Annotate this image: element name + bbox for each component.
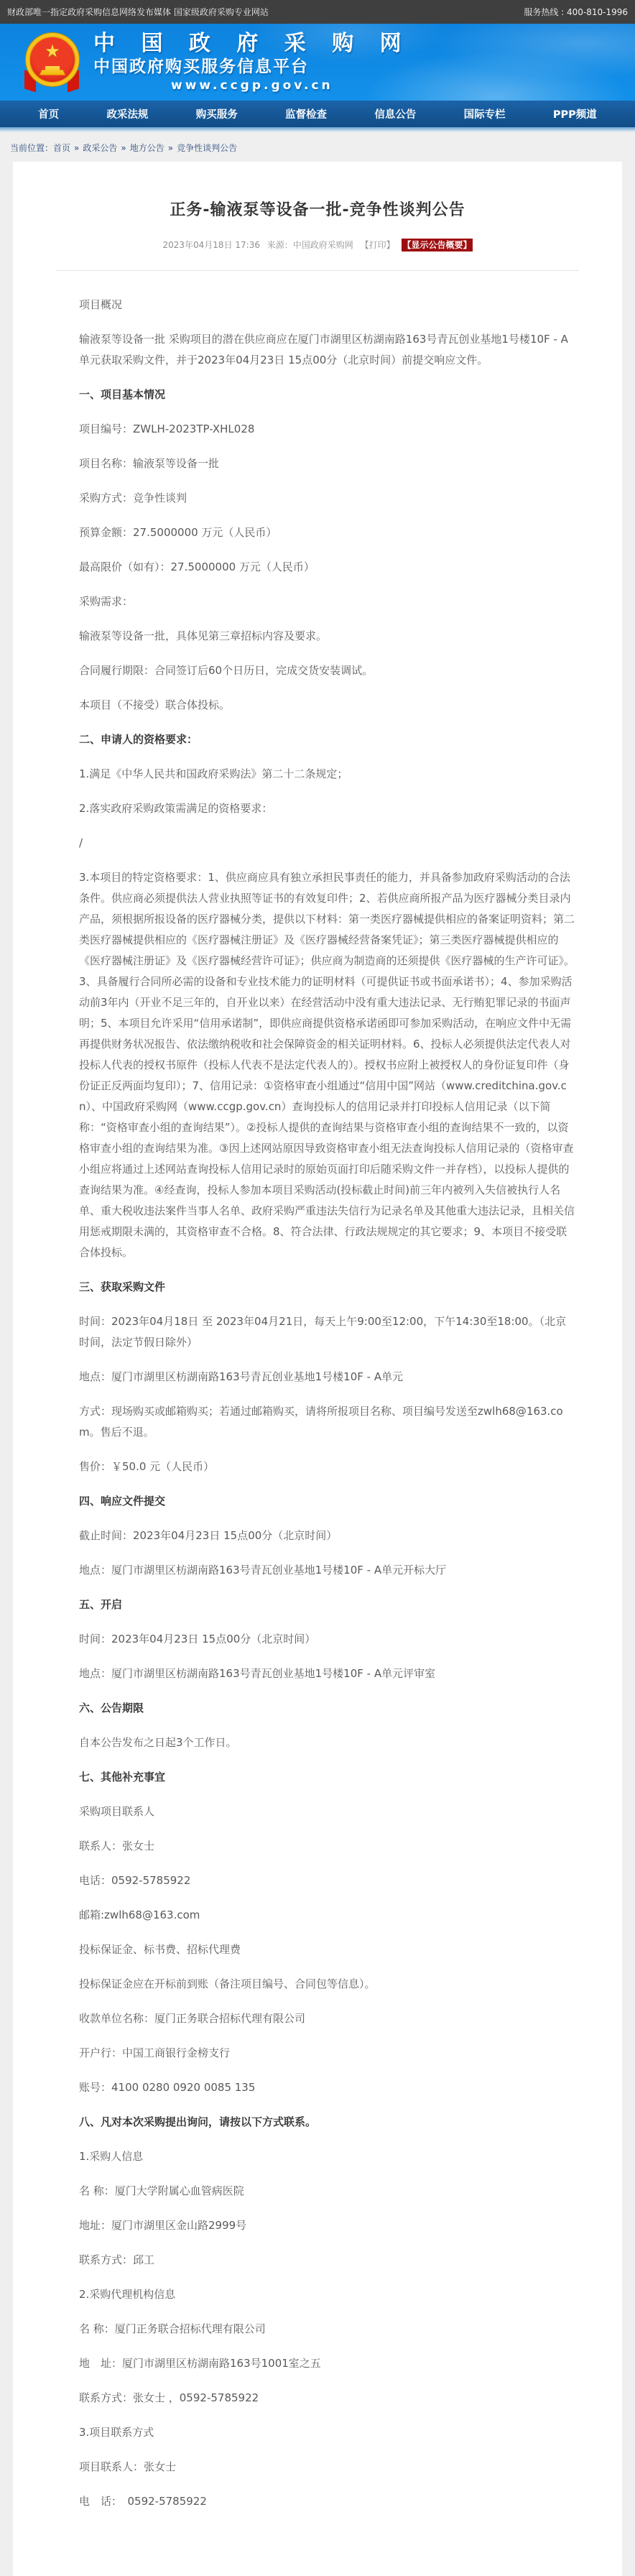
article-section-heading: 一、项目基本情况 [79, 384, 575, 405]
article-paragraph: 输液泵等设备一批，具体见第三章招标内容及要求。 [79, 626, 575, 647]
breadcrumb-label: 当前位置： [10, 143, 53, 153]
publish-datetime: 2023年04月18日 17:36 [162, 240, 259, 250]
article-section-heading: 三、获取采购文件 [79, 1277, 575, 1298]
article-paragraph: 地点：厦门市湖里区枋湖南路163号青瓦创业基地1号楼10F - A单元 [79, 1367, 575, 1388]
source-label: 来源：中国政府采购网 [267, 240, 353, 250]
article-paragraph: 名 称：厦门大学附属心血管病医院 [79, 2181, 575, 2202]
top-bar-slogan: 财政部唯一指定政府采购信息网络发布媒体 国家级政府采购专业网站 [7, 6, 269, 18]
article-paragraph: 收款单位名称：厦门正务联合招标代理有限公司 [79, 2008, 575, 2029]
article-paragraph: 联系方式：张女士 ，0592-5785922 [79, 2388, 575, 2409]
article-paragraph: 2.采购代理机构信息 [79, 2284, 575, 2305]
article-paragraph: 截止时间：2023年04月23日 15点00分（北京时间） [79, 1525, 575, 1546]
nav-item-2[interactable]: 购买服务 [196, 106, 238, 121]
article-paragraph: 电 话： 0592-5785922 [79, 2491, 575, 2512]
article-paragraph: 账号：4100 0280 0920 0085 135 [79, 2077, 575, 2098]
page-title: 正务-输液泵等设备一批-竞争性谈判公告 [27, 198, 608, 220]
article-paragraph: 地 址：厦门市湖里区枋湖南路163号1001室之五 [79, 2353, 575, 2374]
site-subtitle: 中国政府购买服务信息平台 [93, 56, 411, 78]
article-paragraph: 电话：0592-5785922 [79, 1870, 575, 1891]
nav-item-6[interactable]: PPP频道 [553, 106, 597, 121]
article-paragraph: 2.落实政府采购政策需满足的资格要求： [79, 798, 575, 819]
china-national-emblem-icon: ★ [20, 30, 83, 95]
article-paragraph: 1.满足《中华人民共和国政府采购法》第二十二条规定； [79, 764, 575, 785]
article-paragraph: 采购需求： [79, 591, 575, 612]
article-section-heading: 五、开启 [79, 1594, 575, 1615]
article-paragraph: 地点：厦门市湖里区枋湖南路163号青瓦创业基地1号楼10F - A单元评审室 [79, 1663, 575, 1684]
article-paragraph: 项目名称：输液泵等设备一批 [79, 453, 575, 474]
nav-fade-strip [0, 127, 635, 132]
breadcrumb: 当前位置：首页»政采公告»地方公告»竞争性谈判公告 [0, 132, 635, 162]
article-section-heading: 六、公告期限 [79, 1698, 575, 1719]
article-paragraph: 地点：厦门市湖里区枋湖南路163号青瓦创业基地1号楼10F - A单元开标大厅 [79, 1560, 575, 1581]
article-paragraph: 开户行：中国工商银行金榜支行 [79, 2043, 575, 2064]
article-section-heading: 八、凡对本次采购提出询问，请按以下方式联系。 [79, 2112, 575, 2133]
site-url: www.ccgp.gov.cn [93, 78, 411, 93]
article-paragraph: 采购项目联系人 [79, 1801, 575, 1822]
nav-item-5[interactable]: 国际专栏 [464, 106, 506, 121]
page: 财政部唯一指定政府采购信息网络发布媒体 国家级政府采购专业网站 服务热线 : 4… [0, 0, 635, 2576]
print-button[interactable]: 【打印】 [361, 240, 395, 250]
article-paragraph: 本项目（不接受）联合体投标。 [79, 695, 575, 716]
article-paragraph: / [79, 833, 575, 854]
article-paragraph: 投标保证金应在开标前到账（备注项目编号、合同包等信息）。 [79, 1974, 575, 1995]
article-paragraph: 项目编号：ZWLH-2023TP-XHL028 [79, 419, 575, 440]
top-bar: 财政部唯一指定政府采购信息网络发布媒体 国家级政府采购专业网站 服务热线 : 4… [0, 0, 635, 24]
article-paragraph: 合同履行期限：合同签订后60个日历日，完成交货安装调试。 [79, 660, 575, 681]
announcement-card: 正务-输液泵等设备一批-竞争性谈判公告 2023年04月18日 17:36 来源… [13, 162, 622, 2576]
article-paragraph: 项目概况 [79, 295, 575, 315]
breadcrumb-item-0[interactable]: 首页 [53, 143, 70, 153]
article-section-heading: 二、申请人的资格要求： [79, 729, 575, 750]
article-paragraph: 最高限价（如有）：27.5000000 万元（人民币） [79, 557, 575, 578]
nav-item-4[interactable]: 信息公告 [374, 106, 416, 121]
nav-item-1[interactable]: 政采法规 [106, 106, 148, 121]
article-section-heading: 四、响应文件提交 [79, 1491, 575, 1512]
article-body: 项目概况输液泵等设备一批 采购项目的潜在供应商应在厦门市湖里区枋湖南路163号青… [13, 271, 622, 2512]
site-logo: 中 国 政 府 采 购 网 中国政府购买服务信息平台 www.ccgp.gov.… [93, 32, 411, 93]
article-paragraph: 输液泵等设备一批 采购项目的潜在供应商应在厦门市湖里区枋湖南路163号青瓦创业基… [79, 329, 575, 371]
article-paragraph: 投标保证金、标书费、招标代理费 [79, 1939, 575, 1960]
article-paragraph: 邮箱:zwlh68@163.com [79, 1905, 575, 1926]
hotline-label: 服务热线 : 400-810-1996 [524, 6, 628, 18]
article-paragraph: 联系人：张女士 [79, 1836, 575, 1857]
breadcrumb-item-3[interactable]: 竞争性谈判公告 [177, 143, 237, 153]
article-paragraph: 3.本项目的特定资格要求：1、供应商应具有独立承担民事责任的能力，并具备参加政府… [79, 867, 575, 1263]
breadcrumb-separator: » [74, 143, 79, 153]
article-section-heading: 七、其他补充事宜 [79, 1767, 575, 1788]
article-paragraph: 售价：￥50.0 元（人民币） [79, 1456, 575, 1477]
breadcrumb-items: 首页»政采公告»地方公告»竞争性谈判公告 [53, 143, 237, 153]
nav-item-3[interactable]: 监督检查 [285, 106, 327, 121]
site-name: 中 国 政 府 采 购 网 [93, 32, 411, 56]
article-paragraph: 名 称：厦门正务联合招标代理有限公司 [79, 2319, 575, 2340]
article-paragraph: 自本公告发布之日起3个工作日。 [79, 1732, 575, 1753]
article-paragraph: 1.采购人信息 [79, 2146, 575, 2167]
main-nav: 首页政采法规购买服务监督检查信息公告国际专栏PPP频道 [0, 101, 635, 127]
breadcrumb-item-1[interactable]: 政采公告 [83, 143, 117, 153]
article-paragraph: 3.项目联系方式 [79, 2422, 575, 2443]
article-paragraph: 预算金额：27.5000000 万元（人民币） [79, 522, 575, 543]
article-paragraph: 时间：2023年04月23日 15点00分（北京时间） [79, 1629, 575, 1650]
emblem-gate-icon [40, 66, 65, 75]
article-paragraph: 时间：2023年04月18日 至 2023年04月21日，每天上午9:00至12… [79, 1311, 575, 1353]
article-paragraph: 联系方式：邱工 [79, 2250, 575, 2271]
announcement-meta: 2023年04月18日 17:36 来源：中国政府采购网 【打印】 【显示公告概… [13, 239, 622, 251]
nav-item-0[interactable]: 首页 [38, 106, 59, 121]
article-paragraph: 项目联系人：张女士 [79, 2457, 575, 2478]
article-paragraph: 地址：厦门市湖里区金山路2999号 [79, 2215, 575, 2236]
breadcrumb-separator: » [121, 143, 126, 153]
emblem-star-icon: ★ [45, 42, 60, 60]
show-summary-button[interactable]: 【显示公告概要】 [402, 239, 472, 251]
article-paragraph: 采购方式：竞争性谈判 [79, 488, 575, 509]
breadcrumb-item-2[interactable]: 地方公告 [130, 143, 164, 153]
article-paragraph: 方式：现场购买或邮箱购买；若通过邮箱购买，请将所报项目名称、项目编号发送至zwl… [79, 1401, 575, 1443]
breadcrumb-separator: » [168, 143, 173, 153]
site-header: ★ 中 国 政 府 采 购 网 中国政府购买服务信息平台 www.ccgp.go… [0, 24, 635, 101]
